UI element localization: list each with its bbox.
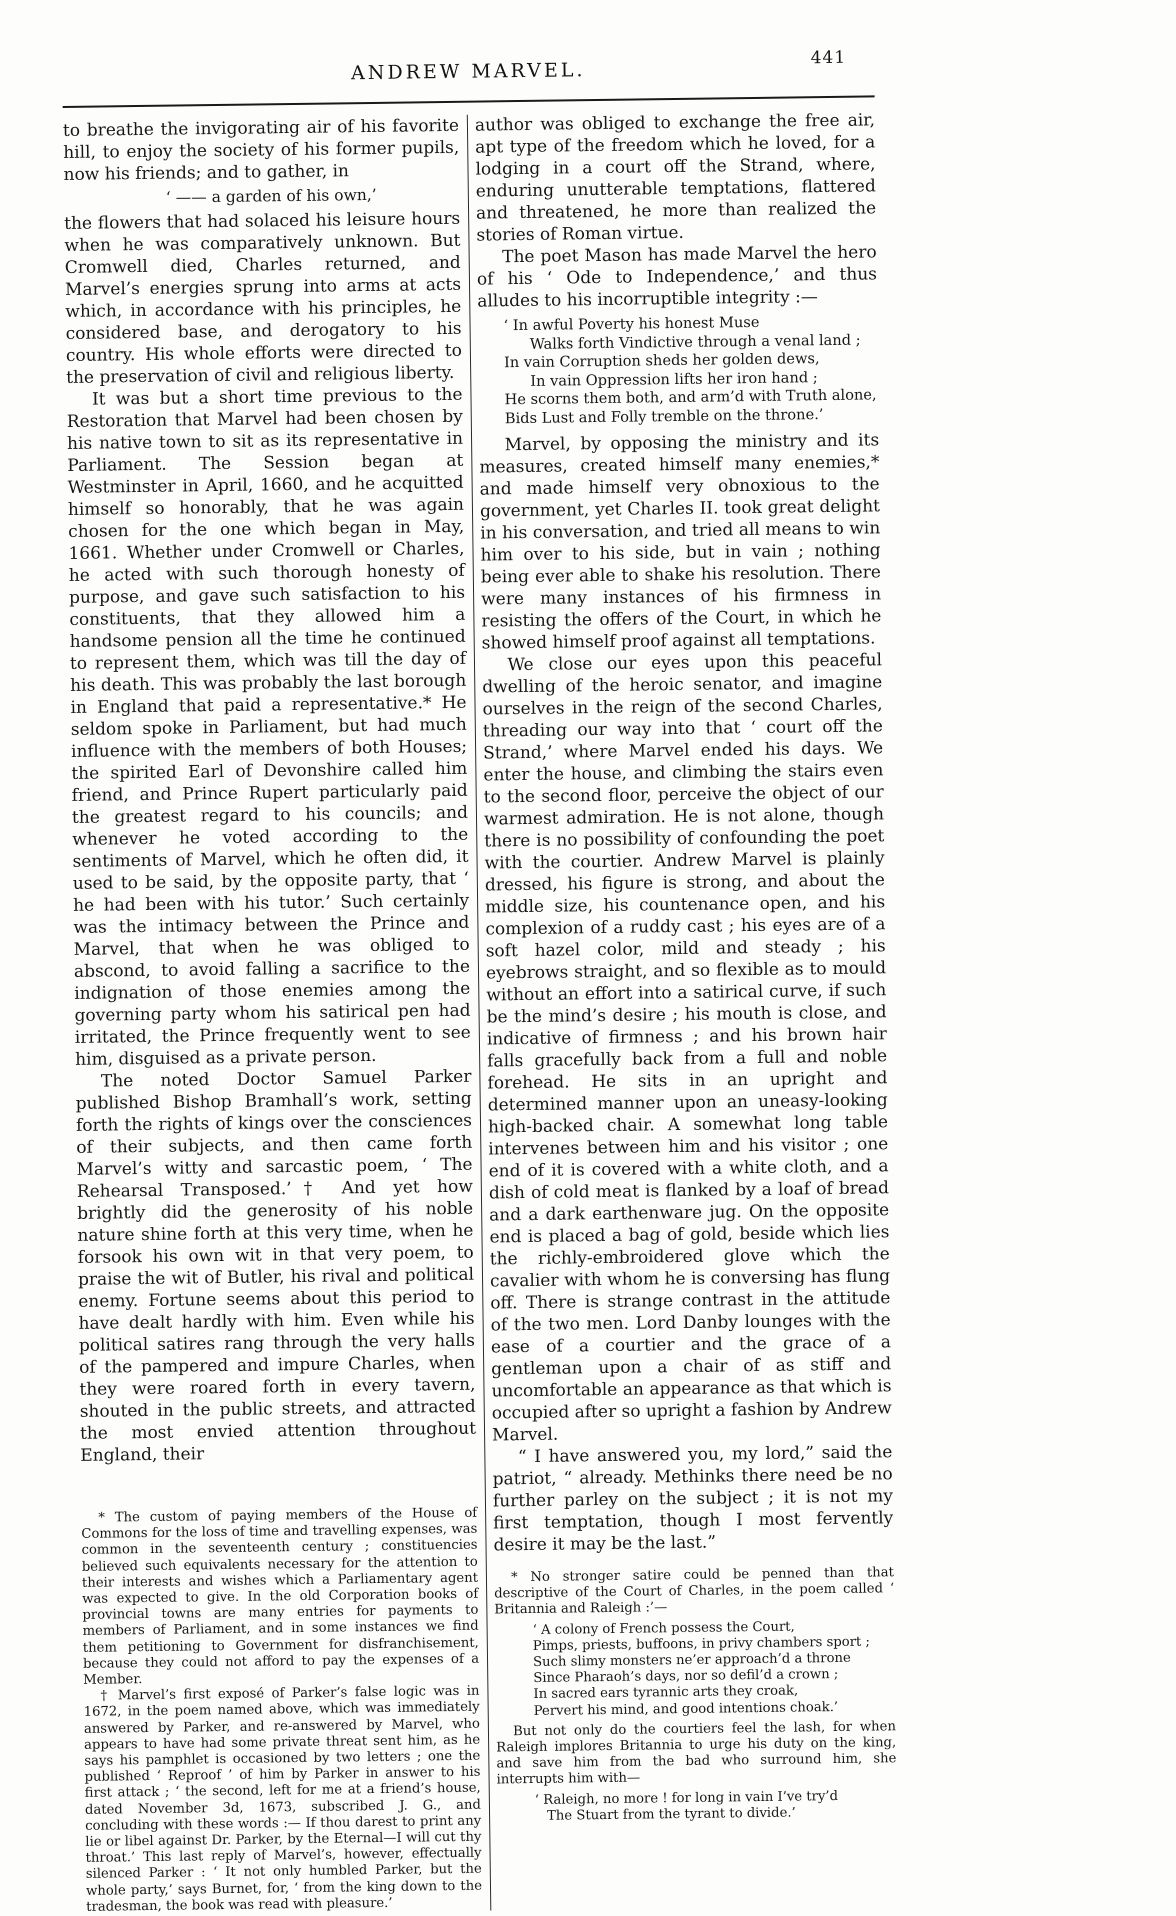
poem-block: ‘ In awful Poverty his honest Muse Walks… [477,312,878,428]
page-header: ANDREW MARVEL. 441 [62,45,875,100]
footnote-poem-block: ‘ Raleigh, no more ! for long in vain I’… [497,1788,897,1826]
left-column: to breathe the invigorating air of his f… [63,115,482,1850]
footnote-poem-block: ‘ A colony of French possess the Court, … [495,1618,896,1720]
two-column-text: to breathe the invigorating air of his f… [63,109,898,1850]
paragraph: “ I have answered you, my lord,” said th… [492,1441,893,1556]
paragraph: author was obliged to exchange the free … [475,109,877,246]
footnote-section: * No stronger satire could be penned tha… [494,1565,897,1825]
right-column: author was obliged to exchange the free … [475,109,898,1850]
paragraph: The poet Mason has made Marvel the hero … [477,241,878,312]
paragraph: to breathe the invigorating air of his f… [63,115,460,186]
scanned-book-page: ANDREW MARVEL. 441 to breathe the invigo… [62,45,898,1850]
paragraph: We close our eyes upon this peaceful dwe… [482,649,892,1446]
footnote-continuation: But not only do the courtiers feel the l… [496,1719,897,1789]
running-title: ANDREW MARVEL. [62,45,874,88]
footnote-section: * The custom of paying members of the Ho… [81,1506,482,1850]
footnote: † Marvel’s first exposé of Parker’s fals… [83,1684,482,1850]
paragraph: the flowers that had solaced his leisure… [64,208,462,389]
paragraph: The noted Doctor Samuel Parker published… [75,1066,476,1467]
footnote: * The custom of paying members of the Ho… [81,1506,479,1689]
page-number: 441 [811,48,847,68]
verse-quote: ‘ —— a garden of his own,’ [64,184,460,209]
paragraph: It was but a short time previous to the … [66,384,471,1071]
paragraph: Marvel, by opposing the ministry and its… [479,429,882,654]
footnote: * No stronger satire could be penned tha… [494,1565,895,1619]
